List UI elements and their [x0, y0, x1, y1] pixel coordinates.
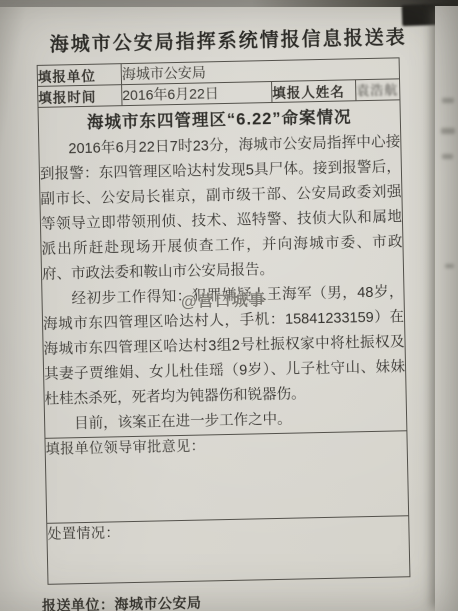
- watermark: @营口城事: [181, 287, 266, 311]
- approval-opinion-cell: 填报单位领导审批意见：: [45, 431, 409, 524]
- disposal-status-cell: 处置情况：: [47, 516, 410, 585]
- form-table: 填报单位 海城市公安局 填报时间 2016年6月22日 填报人姓名 袁浩航 海城…: [37, 57, 411, 584]
- report-form: 海城市公安局指挥系统情报信息报送表 填报单位 海城市公安局 填报时间 2016年…: [14, 22, 440, 611]
- bleed-through-mark: [442, 154, 453, 159]
- case-heading: 海城市东四管理区“6.22”命案情况: [39, 102, 400, 134]
- row-approval: 填报单位领导审批意见：: [45, 431, 409, 524]
- photo-edge-top: [0, 0, 458, 7]
- row-disposal: 处置情况：: [47, 516, 410, 585]
- bleed-through-mark: [441, 128, 455, 134]
- case-body-cell: 海城市东四管理区“6.22”命案情况 2016年6月22日7时23分，海城市公安…: [38, 100, 407, 439]
- bleed-through-mark: [445, 264, 454, 268]
- reporting-unit-label: 填报单位: [37, 64, 121, 87]
- adjacent-page-edge: [435, 6, 458, 611]
- submitting-unit-line: 报送单位：海城市公安局: [42, 588, 440, 611]
- reporter-name-value: 袁浩航: [356, 79, 400, 101]
- case-paragraph-1: 2016年6月22日7时23分，海城市公安局指挥中心接到报警：东四管理区哈达村发…: [39, 130, 403, 288]
- row-case-body: 海城市东四管理区“6.22”命案情况 2016年6月22日7时23分，海城市公安…: [38, 100, 407, 439]
- document-photo: 海城市公安局指挥系统情报信息报送表 填报单位 海城市公安局 填报时间 2016年…: [0, 0, 458, 611]
- bleed-through-mark: [442, 98, 454, 103]
- reporter-name-text: 袁浩航: [356, 82, 398, 98]
- form-title: 海城市公安局指挥系统情报信息报送表: [28, 22, 428, 57]
- reporter-name-label: 填报人姓名: [272, 80, 356, 103]
- report-time-label: 填报时间: [38, 85, 122, 108]
